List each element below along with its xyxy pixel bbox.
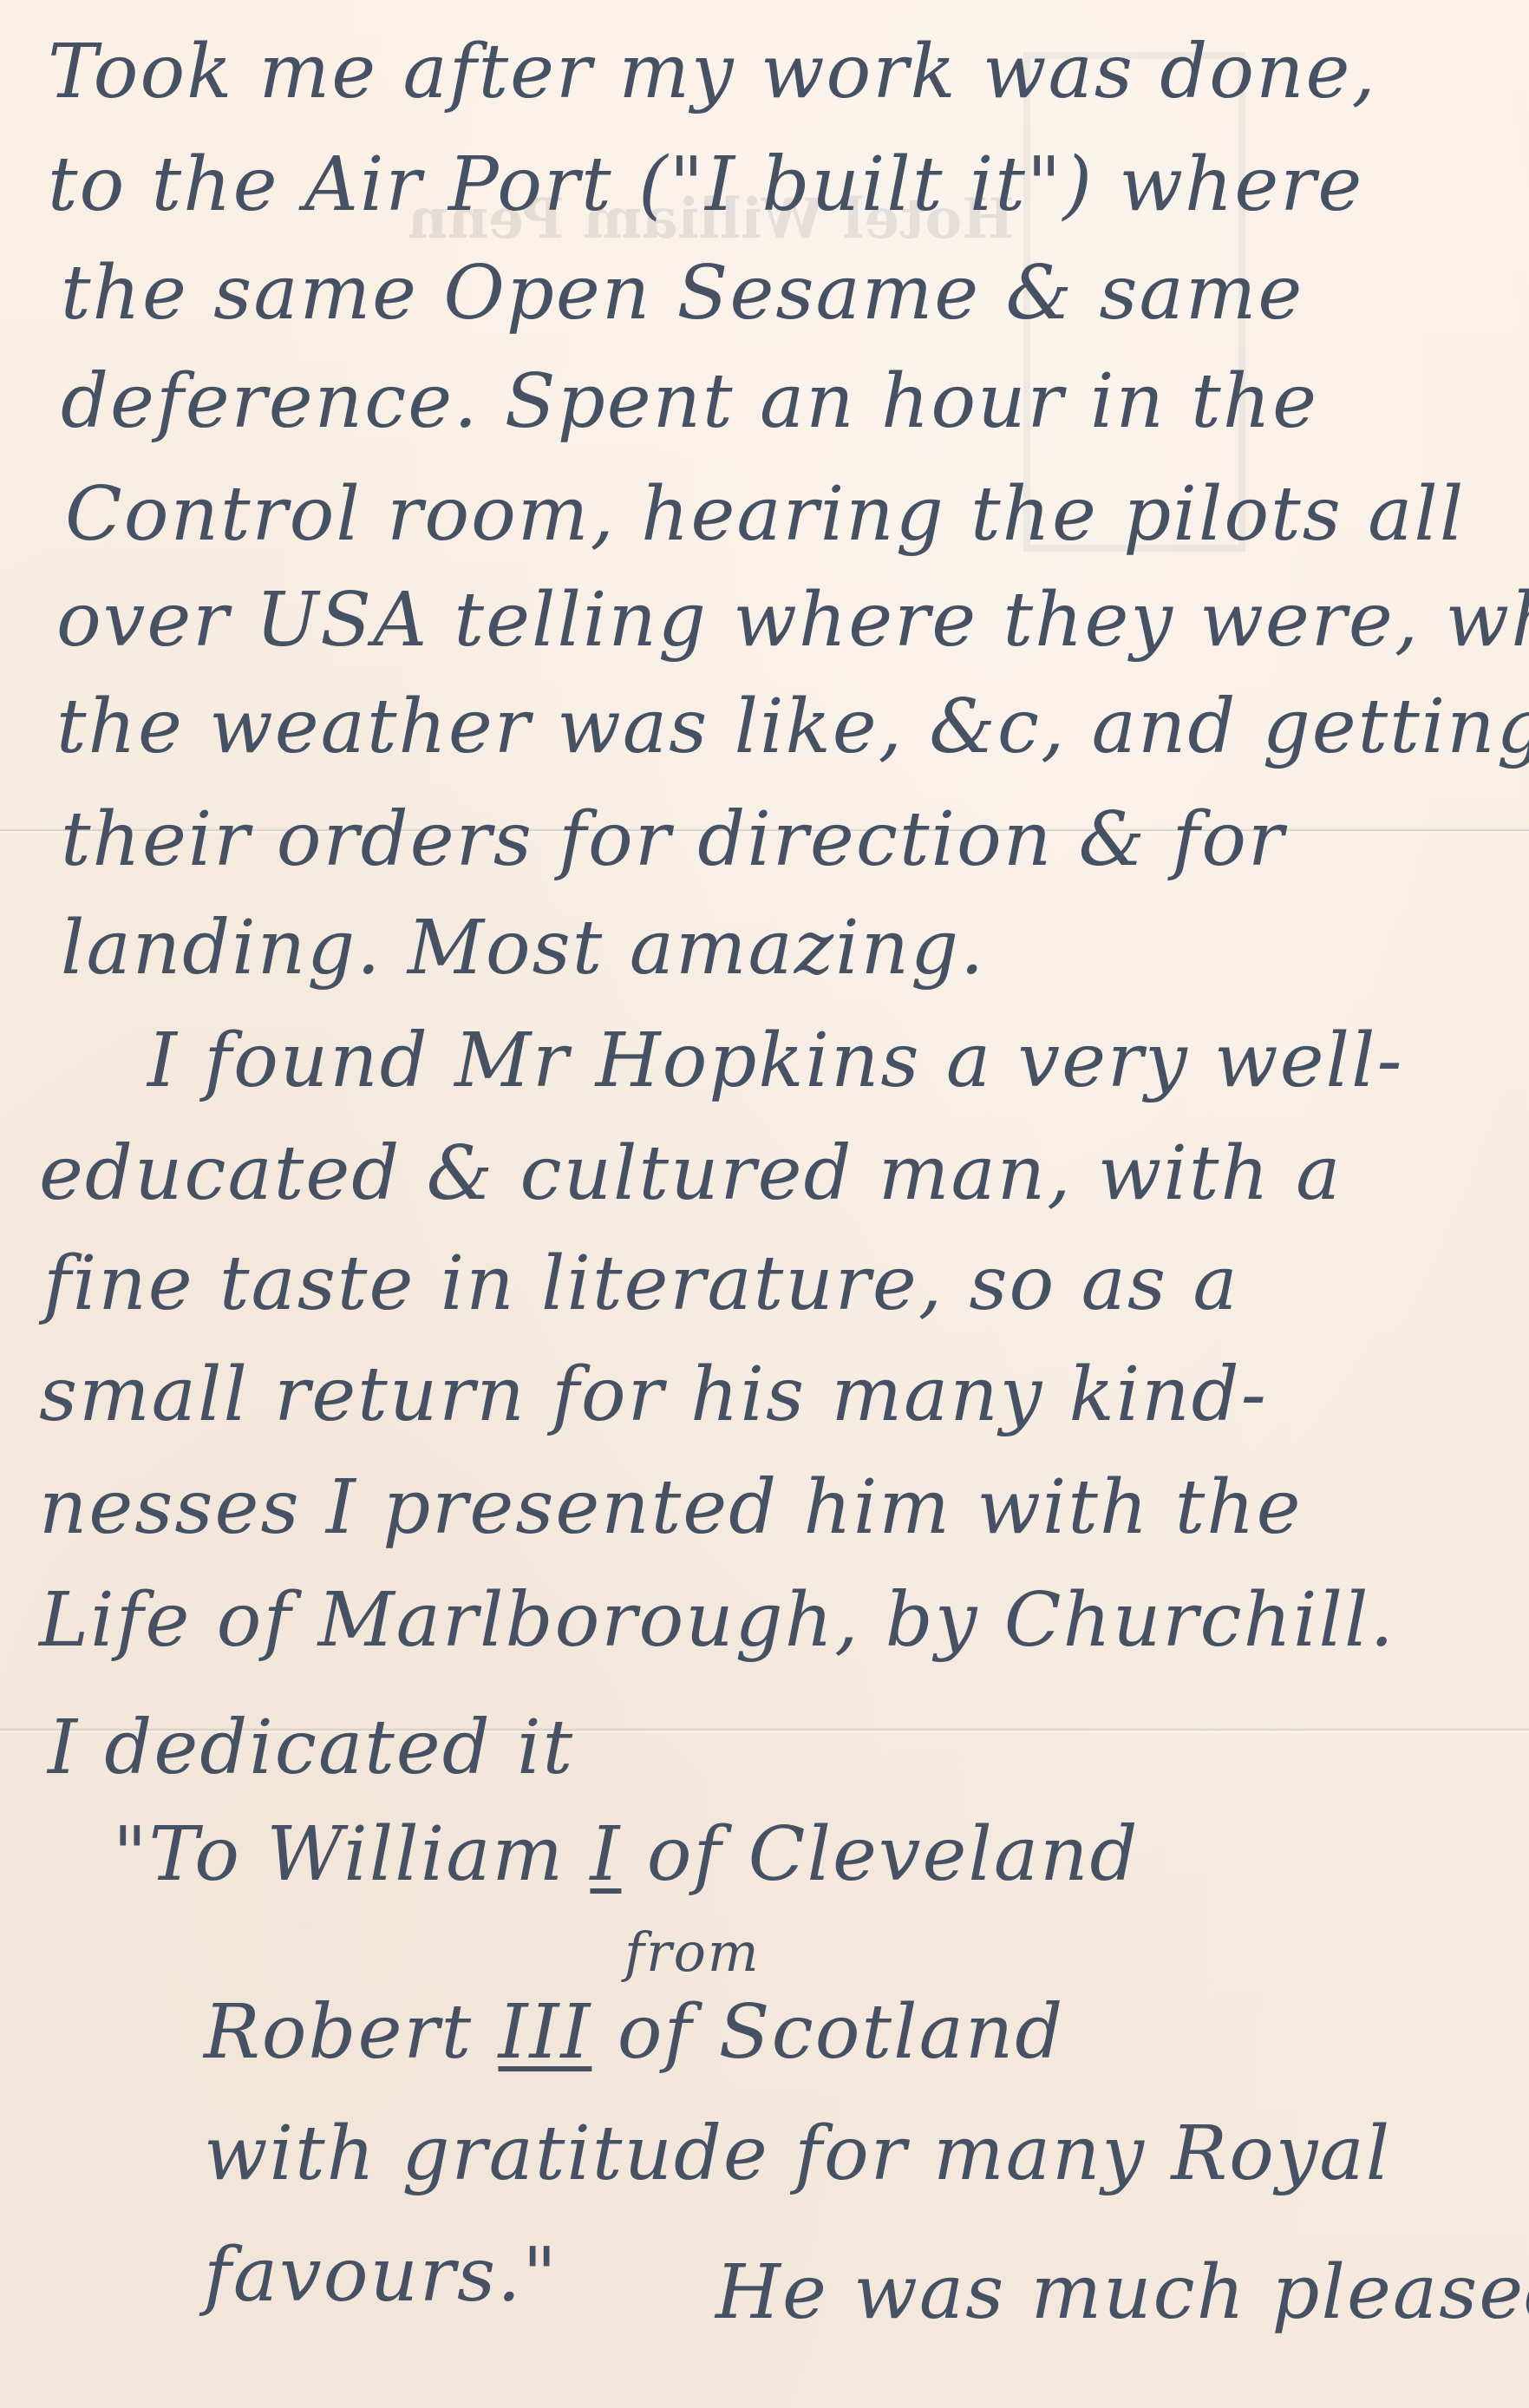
letter-line: Control room, hearing the pilots all (65, 477, 1465, 552)
letter-line: Life of Marlborough, by Churchill. (39, 1583, 1395, 1658)
letter-line: I found Mr Hopkins a very well- (147, 1024, 1404, 1098)
letter-line: educated & cultured man, with a (39, 1136, 1342, 1211)
letter-line: Took me after my work was done, (48, 35, 1377, 109)
dedication-line-2: Robert III of Scotland (204, 1995, 1064, 2070)
letter-line: the weather was like, &c, and getting (56, 690, 1529, 764)
dedication-text: "To William (113, 1811, 590, 1898)
dedication-line-1: "To William I of Cleveland (113, 1817, 1140, 1892)
letter-page: Hotel William Penn Took me after my work… (0, 0, 1529, 2408)
letter-line: landing. Most amazing. (61, 911, 985, 985)
dedication-line-3: with gratitude for many Royal (204, 2117, 1391, 2191)
letter-line: I dedicated it (48, 1711, 574, 1785)
letter-line: deference. Spent an hour in the (61, 364, 1318, 439)
dedication-line-4: favours." (204, 2238, 559, 2313)
letter-line: the same Open Sesame & same (61, 256, 1304, 330)
letter-line: fine taste in literature, so as a (43, 1247, 1239, 1321)
regnal-numeral: III (498, 1989, 591, 2076)
regnal-numeral: I (590, 1811, 621, 1898)
dedication-text: of Cleveland (621, 1811, 1139, 1898)
letter-line: to the Air Port ("I built it") where (48, 147, 1363, 222)
letter-line: over USA telling where they were, what (56, 583, 1529, 658)
letter-line: nesses I presented him with the (39, 1470, 1303, 1545)
letter-line: their orders for direction & for (61, 802, 1285, 877)
dedication-text: of Scotland (591, 1989, 1064, 2076)
dedication-from: from (624, 1926, 761, 1979)
closing-line: He was much pleased. (715, 2255, 1529, 2330)
dedication-text: Robert (204, 1989, 498, 2076)
letter-line: small return for his many kind- (39, 1358, 1268, 1432)
